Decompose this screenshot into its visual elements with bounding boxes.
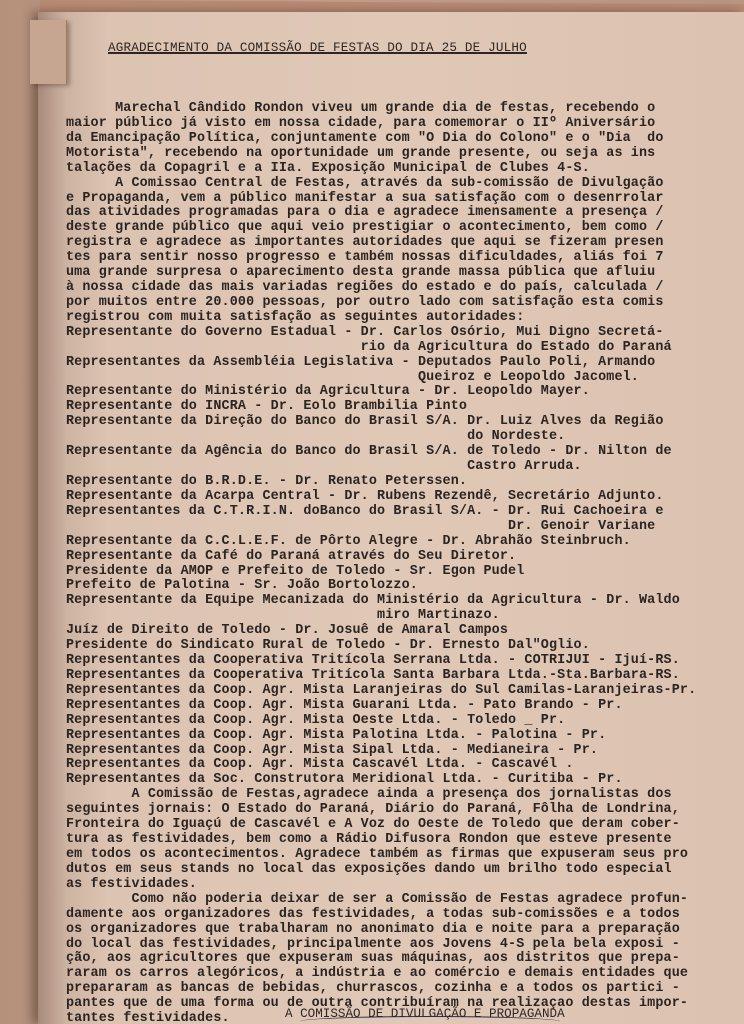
text-line: tura as festividades, bem como a Rádio D…	[66, 832, 672, 848]
text-line: Representante da Café do Paraná através …	[66, 549, 516, 565]
text-line: Representante do Governo Estadual - Dr. …	[66, 325, 664, 341]
text-line: Representante da Agência do Banco do Bra…	[66, 444, 672, 460]
text-line: Representante da C.C.L.E.F. de Pôrto Ale…	[66, 534, 631, 550]
text-line: deste grande público que aqui veio prest…	[66, 220, 664, 236]
text-line: seguintes jornais: O Estado do Paraná, D…	[66, 802, 680, 818]
text-line: Representantes da Coop. Agr. Mista Oeste…	[66, 713, 565, 729]
text-line: Marechal Cândido Rondon viveu um grande …	[66, 101, 655, 117]
text-line: os organizadores que trabalharam no anon…	[66, 922, 680, 938]
text-line: Representantes da Coop. Agr. Mista Casca…	[66, 757, 574, 773]
text-line: Representante do Ministério da Agricultu…	[66, 384, 590, 400]
text-line: tes para sentir nosso progresso e também…	[66, 250, 664, 266]
text-line: e Propaganda, vem a público manifestar a…	[66, 191, 664, 207]
text-line: tantes festividades.	[66, 1011, 230, 1024]
text-line: Como não poderia deixar de ser a Comissã…	[66, 892, 688, 908]
text-line: Prefeito de Palotina - Sr. João Bortoloz…	[66, 578, 418, 594]
text-line: rio da Agricultura do Estado do Paraná	[66, 340, 672, 356]
text-line: do Nordeste.	[66, 429, 565, 445]
text-line: Representantes da C.T.R.I.N. doBanco do …	[66, 504, 664, 520]
document-title: AGRADECIMENTO DA COMISSÃO DE FESTAS DO D…	[108, 41, 527, 55]
text-line: Representante da Acarpa Central - Dr. Ru…	[66, 489, 664, 505]
text-line: dutos em seus stands no local das exposi…	[66, 862, 672, 878]
text-line: talações da Copagril e a IIa. Exposição …	[66, 161, 590, 177]
text-line: à nossa cidade das mais variadas regiões…	[66, 280, 664, 296]
text-line: Representante da Direção do Banco do Bra…	[66, 414, 664, 430]
text-line: Representantes da Assembléia Legislativa…	[66, 355, 655, 371]
text-line: Representante da Equipe Mecanizada do Mi…	[66, 593, 680, 609]
text-line: uma grande surpresa o aparecimento desta…	[66, 265, 655, 281]
text-line: registrou com muita satisfação as seguin…	[66, 310, 524, 326]
text-line: damente aos organizadores das festividad…	[66, 907, 680, 923]
text-line: por muitos entre 20.000 pessoas, por out…	[66, 295, 664, 311]
text-line: A Comissão de Festas,agradece ainda a pr…	[66, 787, 672, 803]
text-line: Representantes da Coop. Agr. Mista Guara…	[66, 698, 623, 714]
text-line: em todos os acontecimentos. Agradece tam…	[66, 847, 688, 863]
text-line: Representante do INCRA - Dr. Eolo Brambi…	[66, 399, 467, 415]
text-line: as festividades.	[66, 877, 197, 893]
text-line: Representantes da Cooperativa Tritícola …	[66, 653, 680, 669]
text-line: maior público já visto em nossa cidade, …	[66, 116, 655, 132]
text-line: do local das festividades, principalment…	[66, 937, 680, 953]
text-line: Castro Arruda.	[66, 459, 582, 475]
text-line: das atividades programadas para o dia e …	[66, 205, 664, 221]
text-line: registra e agradece as importantes autor…	[66, 235, 664, 251]
page-content: AGRADECIMENTO DA COMISSÃO DE FESTAS DO D…	[0, 0, 744, 1024]
text-line: Representantes da Soc. Construtora Merid…	[66, 772, 623, 788]
text-line: A Comissao Central de Festas, através da…	[66, 176, 664, 192]
handwritten-signature	[300, 1016, 560, 1024]
text-line: da Emancipação Política, conjuntamente c…	[66, 131, 664, 147]
text-line: Presidente da AMOP e Prefeito de Toledo …	[66, 564, 524, 580]
text-line: Representantes da Coop. Agr. Mista Palot…	[66, 728, 606, 744]
text-line: Representante do B.R.D.E. - Dr. Renato P…	[66, 474, 467, 490]
text-line: ção, aos agricultores que expuseram suas…	[66, 951, 680, 967]
text-line: Juíz de Direito de Toledo - Dr. Josuê de…	[66, 623, 508, 639]
text-line: Presidente do Sindicato Rural de Toledo …	[66, 638, 590, 654]
text-line: raram os carros alegóricos, a indústria …	[66, 966, 688, 982]
text-line: prepararam as bancas de bebidas, churras…	[66, 981, 680, 997]
text-line: Queiroz e Leopoldo Jacomel.	[66, 370, 639, 386]
text-line: Representantes da Cooperativa Tritícola …	[66, 668, 680, 684]
text-line: Dr. Genoir Variane	[66, 519, 655, 535]
text-line: Motorista", recebendo na oportunidade um…	[66, 146, 655, 162]
text-line: Representantes da Coop. Agr. Mista Sipal…	[66, 743, 598, 759]
text-line: miro Martinazo.	[66, 608, 500, 624]
text-line: Fronteira do Iguaçú de Cascavél e A Voz …	[66, 817, 680, 833]
text-line: Representantes da Coop. Agr. Mista Laran…	[66, 683, 696, 699]
